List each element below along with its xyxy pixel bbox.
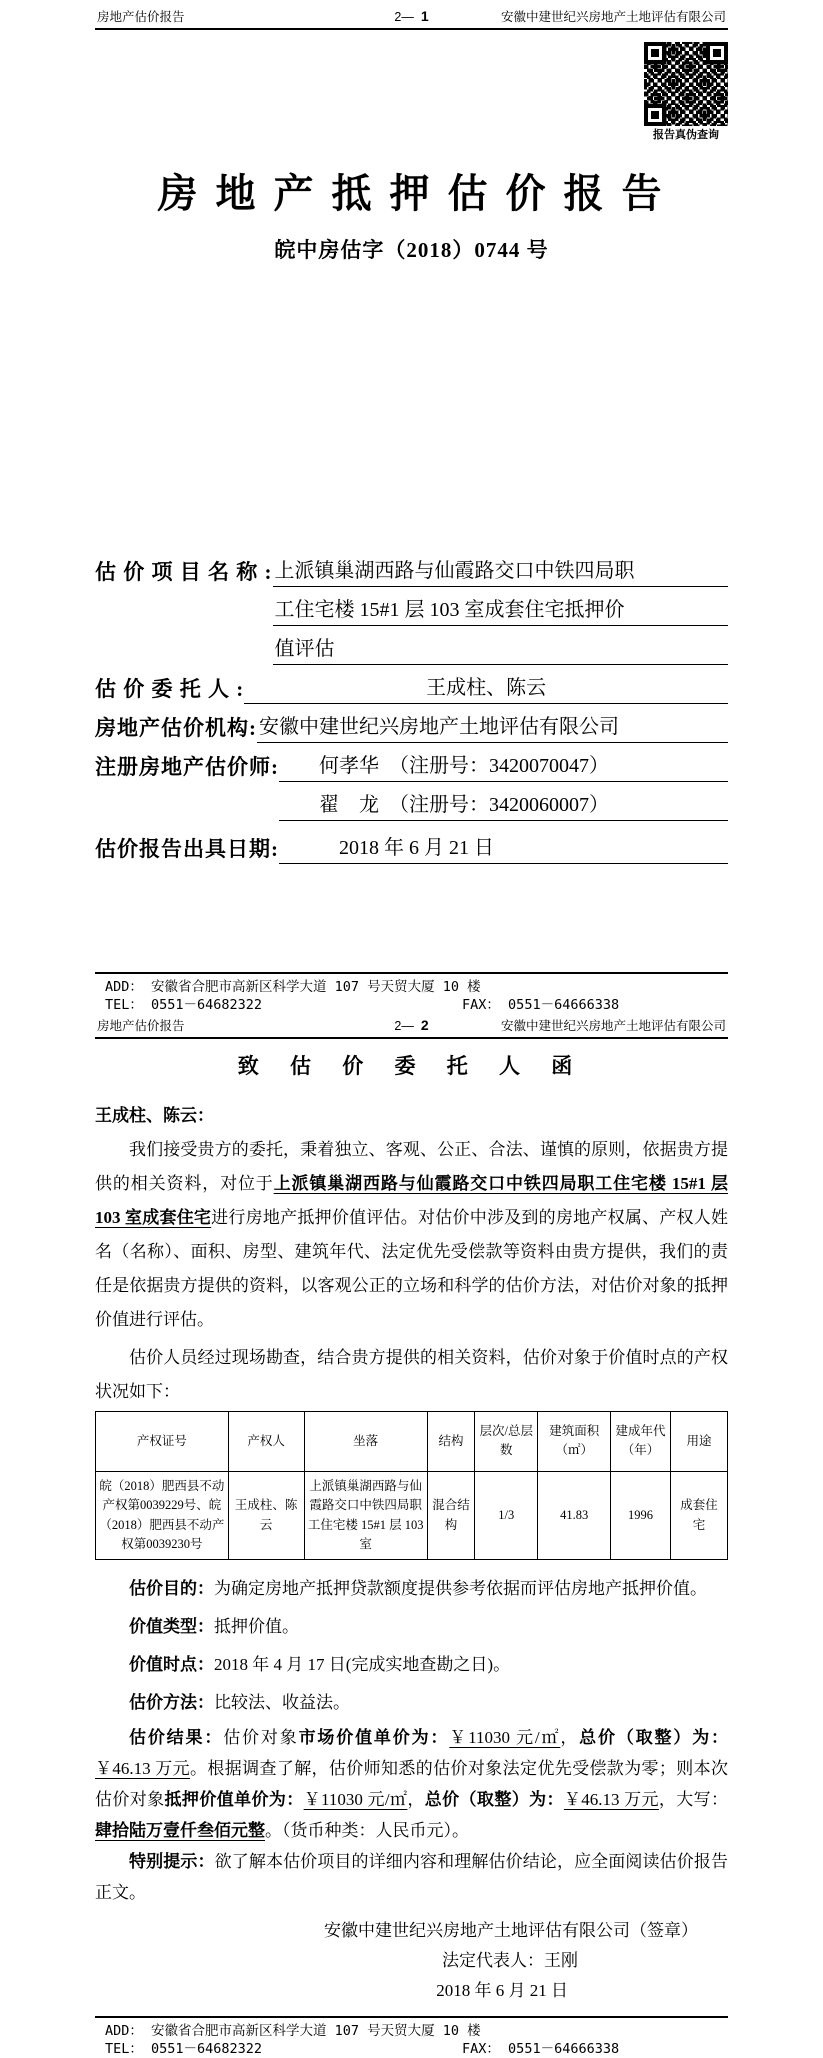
- field-appraiser-1: 注册房地产估价师: 何孝华 （注册号：3420070047）: [95, 751, 728, 782]
- project-name-label: 估 价 项 目 名 称 :: [95, 557, 273, 587]
- value-date-label: 价值时点：: [129, 1655, 214, 1674]
- appraiser-label: 注册房地产估价师:: [95, 752, 279, 782]
- page-number: 1: [421, 8, 429, 24]
- issue-date-value: 2018 年 6 月 21 日: [279, 833, 728, 864]
- cell-area: 41.83: [538, 1471, 611, 1560]
- result-label: 估价结果：: [129, 1728, 223, 1747]
- field-appraiser-2: 注册房地产估价师: 翟 龙 （注册号：3420060007）: [95, 790, 728, 821]
- qr-finder-bottom-left: [644, 104, 666, 126]
- result-total-value1: ￥46.13 万元: [95, 1759, 190, 1778]
- page-prefix: 2—: [394, 10, 413, 24]
- col-owner: 产权人: [228, 1412, 304, 1472]
- page-number-2: 2: [421, 1017, 429, 1033]
- footer-tel: TEL： 0551－64682322: [105, 996, 262, 1014]
- page2-footer: ADD： 安徽省合肥市高新区科学大道 107 号天贸大厦 10 楼 TEL： 0…: [95, 2016, 728, 2058]
- letter-salutation: 王成柱、陈云：: [95, 1103, 728, 1129]
- cell-year-built: 1996: [611, 1471, 671, 1560]
- footer-address-2: ADD： 安徽省合肥市高新区科学大道 107 号天贸大厦 10 楼: [105, 2022, 722, 2040]
- signature-company: 安徽中建世纪兴房地产土地评估有限公司（签章）: [95, 1916, 728, 1946]
- result-comma1: ，: [560, 1728, 579, 1747]
- footer-address: ADD： 安徽省合肥市高新区科学大道 107 号天贸大厦 10 楼: [105, 978, 722, 996]
- method-label: 估价方法：: [129, 1693, 214, 1712]
- signature-date: 2018 年 6 月 21 日: [95, 1976, 728, 2006]
- cell-cert-no: 皖（2018）肥西县不动产权第0039229号、皖（2018）肥西县不动产权第0…: [96, 1471, 229, 1560]
- signature-legal-representative: 法定代表人：王刚: [95, 1946, 728, 1976]
- result-total-label2: 总价（取整）为：: [425, 1790, 564, 1809]
- letter-paragraph-1: 我们接受贵方的委托，秉着独立、客观、公正、合法、谨慎的原则，依据贵方提供的相关资…: [95, 1133, 728, 1337]
- header-company-name: 安徽中建世纪兴房地产土地评估有限公司: [429, 9, 726, 25]
- report-number: 皖中房估字（2018）0744 号: [95, 236, 728, 264]
- col-structure: 结构: [427, 1412, 474, 1472]
- appraisal-result-paragraph: 估价结果：估价对象市场价值单价为：￥11030 元/㎡，总价（取整）为：￥46.…: [95, 1722, 728, 1846]
- letter-title: 致 估 价 委 托 人 函: [95, 1051, 728, 1081]
- col-floor: 层次/总层数: [475, 1412, 538, 1472]
- col-use: 用途: [671, 1412, 728, 1472]
- report-title: 房 地 产 抵 押 估 价 报 告: [95, 168, 728, 220]
- cell-structure: 混合结构: [427, 1471, 474, 1560]
- footer-contacts-2: TEL： 0551－64682322 FAX： 0551－64666338: [105, 2040, 722, 2058]
- item-purpose: 估价目的：为确定房地产抵押贷款额度提供参考依据而评估房地产抵押价值。: [95, 1570, 728, 1608]
- signature-block: 安徽中建世纪兴房地产土地评估有限公司（签章） 法定代表人：王刚 2018 年 6…: [95, 1916, 728, 2006]
- result-tail: 。（货币种类：人民币元）。: [265, 1821, 469, 1840]
- result-market-label: 市场价值单价为：: [299, 1728, 450, 1747]
- result-total-label1: 总价（取整）为：: [579, 1728, 728, 1747]
- result-market-unit-price: ￥11030 元/㎡: [449, 1728, 560, 1747]
- agency-value: 安徽中建世纪兴房地产土地评估有限公司: [257, 712, 728, 743]
- page2-running-header: 房地产估价报告 2— 2 安徽中建世纪兴房地产土地评估有限公司: [95, 1014, 728, 1039]
- qr-caption: 报告真伪查询: [644, 128, 728, 142]
- table-header-row: 产权证号 产权人 坐落 结构 层次/总层数 建筑面积（㎡） 建成年代（年） 用途: [96, 1412, 728, 1472]
- result-amount-in-words: 肆拾陆万壹仟叁佰元整: [95, 1821, 265, 1840]
- appraisal-items: 估价目的：为确定房地产抵押贷款额度提供参考依据而评估房地产抵押价值。 价值类型：…: [95, 1570, 728, 1722]
- field-issue-date: 估价报告出具日期: 2018 年 6 月 21 日: [95, 833, 728, 864]
- issue-date-label: 估价报告出具日期:: [95, 834, 279, 864]
- header-company-name-2: 安徽中建世纪兴房地产土地评估有限公司: [429, 1018, 726, 1034]
- item-value-date: 价值时点：2018 年 4 月 17 日(完成实地查勘之日)。: [95, 1646, 728, 1684]
- item-method: 估价方法：比较法、收益法。: [95, 1684, 728, 1722]
- header-doc-type-2: 房地产估价报告: [97, 1018, 394, 1034]
- result-mortgage-label: 抵押价值单价为：: [165, 1790, 304, 1809]
- col-cert-no: 产权证号: [96, 1412, 229, 1472]
- col-area: 建筑面积（㎡）: [538, 1412, 611, 1472]
- field-client: 估 价 委 托 人 : 王成柱、陈云: [95, 673, 728, 704]
- client-value: 王成柱、陈云: [244, 673, 728, 704]
- qr-finder-top-right: [706, 42, 728, 64]
- page-prefix-2: 2—: [394, 1019, 413, 1033]
- agency-label: 房地产估价机构:: [95, 713, 257, 743]
- qr-code: [644, 42, 728, 126]
- result-daxie-lead: ，大写：: [659, 1790, 728, 1809]
- qr-finder-top-left: [644, 42, 666, 64]
- item-value-type: 价值类型：抵押价值。: [95, 1608, 728, 1646]
- purpose-text: 为确定房地产抵押贷款额度提供参考依据而评估房地产抵押价值。: [214, 1579, 707, 1598]
- cover-spacer: [95, 264, 728, 556]
- field-agency: 房地产估价机构: 安徽中建世纪兴房地产土地评估有限公司: [95, 712, 728, 743]
- result-total-value2: ￥46.13 万元: [564, 1790, 659, 1809]
- appraiser1-value: 何孝华 （注册号：3420070047）: [279, 751, 728, 782]
- header-doc-type: 房地产估价报告: [97, 9, 394, 25]
- result-intro: 估价对象: [223, 1728, 298, 1747]
- notice-label: 特别提示：: [129, 1852, 215, 1871]
- project-name-line1: 上派镇巢湖西路与仙霞路交口中铁四局职: [273, 556, 729, 587]
- header-page-indicator: 2— 1: [394, 8, 428, 25]
- result-mortgage-unit-price: ￥11030 元/㎡: [304, 1790, 408, 1809]
- table-row: 皖（2018）肥西县不动产权第0039229号、皖（2018）肥西县不动产权第0…: [96, 1471, 728, 1560]
- project-name-line3: 值评估: [273, 634, 729, 665]
- footer-contacts: TEL： 0551－64682322 FAX： 0551－64666338: [105, 996, 722, 1014]
- appraisal-report-document: 房地产估价报告 2— 1 安徽中建世纪兴房地产土地评估有限公司 报告真伪查询 房…: [0, 0, 823, 2058]
- cell-floor: 1/3: [475, 1471, 538, 1560]
- value-type-label: 价值类型：: [129, 1617, 214, 1636]
- footer-fax-2: FAX： 0551－64666338: [462, 2040, 619, 2058]
- field-project-name-cont2: 估 价 项 目 名 称 : 值评估: [95, 634, 728, 665]
- cell-use: 成套住宅: [671, 1471, 728, 1560]
- special-notice-paragraph: 特别提示：欲了解本估价项目的详细内容和理解估价结论，应全面阅读估价报告正文。: [95, 1846, 728, 1908]
- cell-owner: 王成柱、陈云: [228, 1471, 304, 1560]
- cell-location: 上派镇巢湖西路与仙霞路交口中铁四局职工住宅楼 15#1 层 103 室: [304, 1471, 427, 1560]
- appraiser2-value: 翟 龙 （注册号：3420060007）: [279, 790, 728, 821]
- value-date-text: 2018 年 4 月 17 日(完成实地查勘之日)。: [214, 1655, 510, 1674]
- page1-bottom-spacer: [95, 872, 728, 972]
- property-rights-table: 产权证号 产权人 坐落 结构 层次/总层数 建筑面积（㎡） 建成年代（年） 用途…: [95, 1411, 728, 1560]
- method-text: 比较法、收益法。: [214, 1693, 350, 1712]
- field-project-name-cont1: 估 价 项 目 名 称 : 工住宅楼 15#1 层 103 室成套住宅抵押价: [95, 595, 728, 626]
- page1-running-header: 房地产估价报告 2— 1 安徽中建世纪兴房地产土地评估有限公司: [95, 0, 728, 30]
- col-location: 坐落: [304, 1412, 427, 1472]
- project-name-line2: 工住宅楼 15#1 层 103 室成套住宅抵押价: [273, 595, 729, 626]
- value-type-text: 抵押价值。: [214, 1617, 299, 1636]
- client-label: 估 价 委 托 人 :: [95, 674, 244, 704]
- purpose-label: 估价目的：: [129, 1579, 214, 1598]
- result-comma2: ，: [407, 1790, 424, 1809]
- page1-footer: ADD： 安徽省合肥市高新区科学大道 107 号天贸大厦 10 楼 TEL： 0…: [95, 972, 728, 1014]
- col-year-built: 建成年代（年）: [611, 1412, 671, 1472]
- header-page-indicator-2: 2— 2: [394, 1017, 428, 1034]
- field-project-name: 估 价 项 目 名 称 : 上派镇巢湖西路与仙霞路交口中铁四局职: [95, 556, 728, 587]
- footer-tel-2: TEL： 0551－64682322: [105, 2040, 262, 2058]
- qr-block: 报告真伪查询: [95, 42, 728, 142]
- page2-bottom-spacer: [95, 2006, 728, 2016]
- letter-paragraph-2: 估价人员经过现场勘查，结合贵方提供的相关资料，估价对象于价值时点的产权状况如下：: [95, 1341, 728, 1409]
- footer-fax: FAX： 0551－64666338: [462, 996, 619, 1014]
